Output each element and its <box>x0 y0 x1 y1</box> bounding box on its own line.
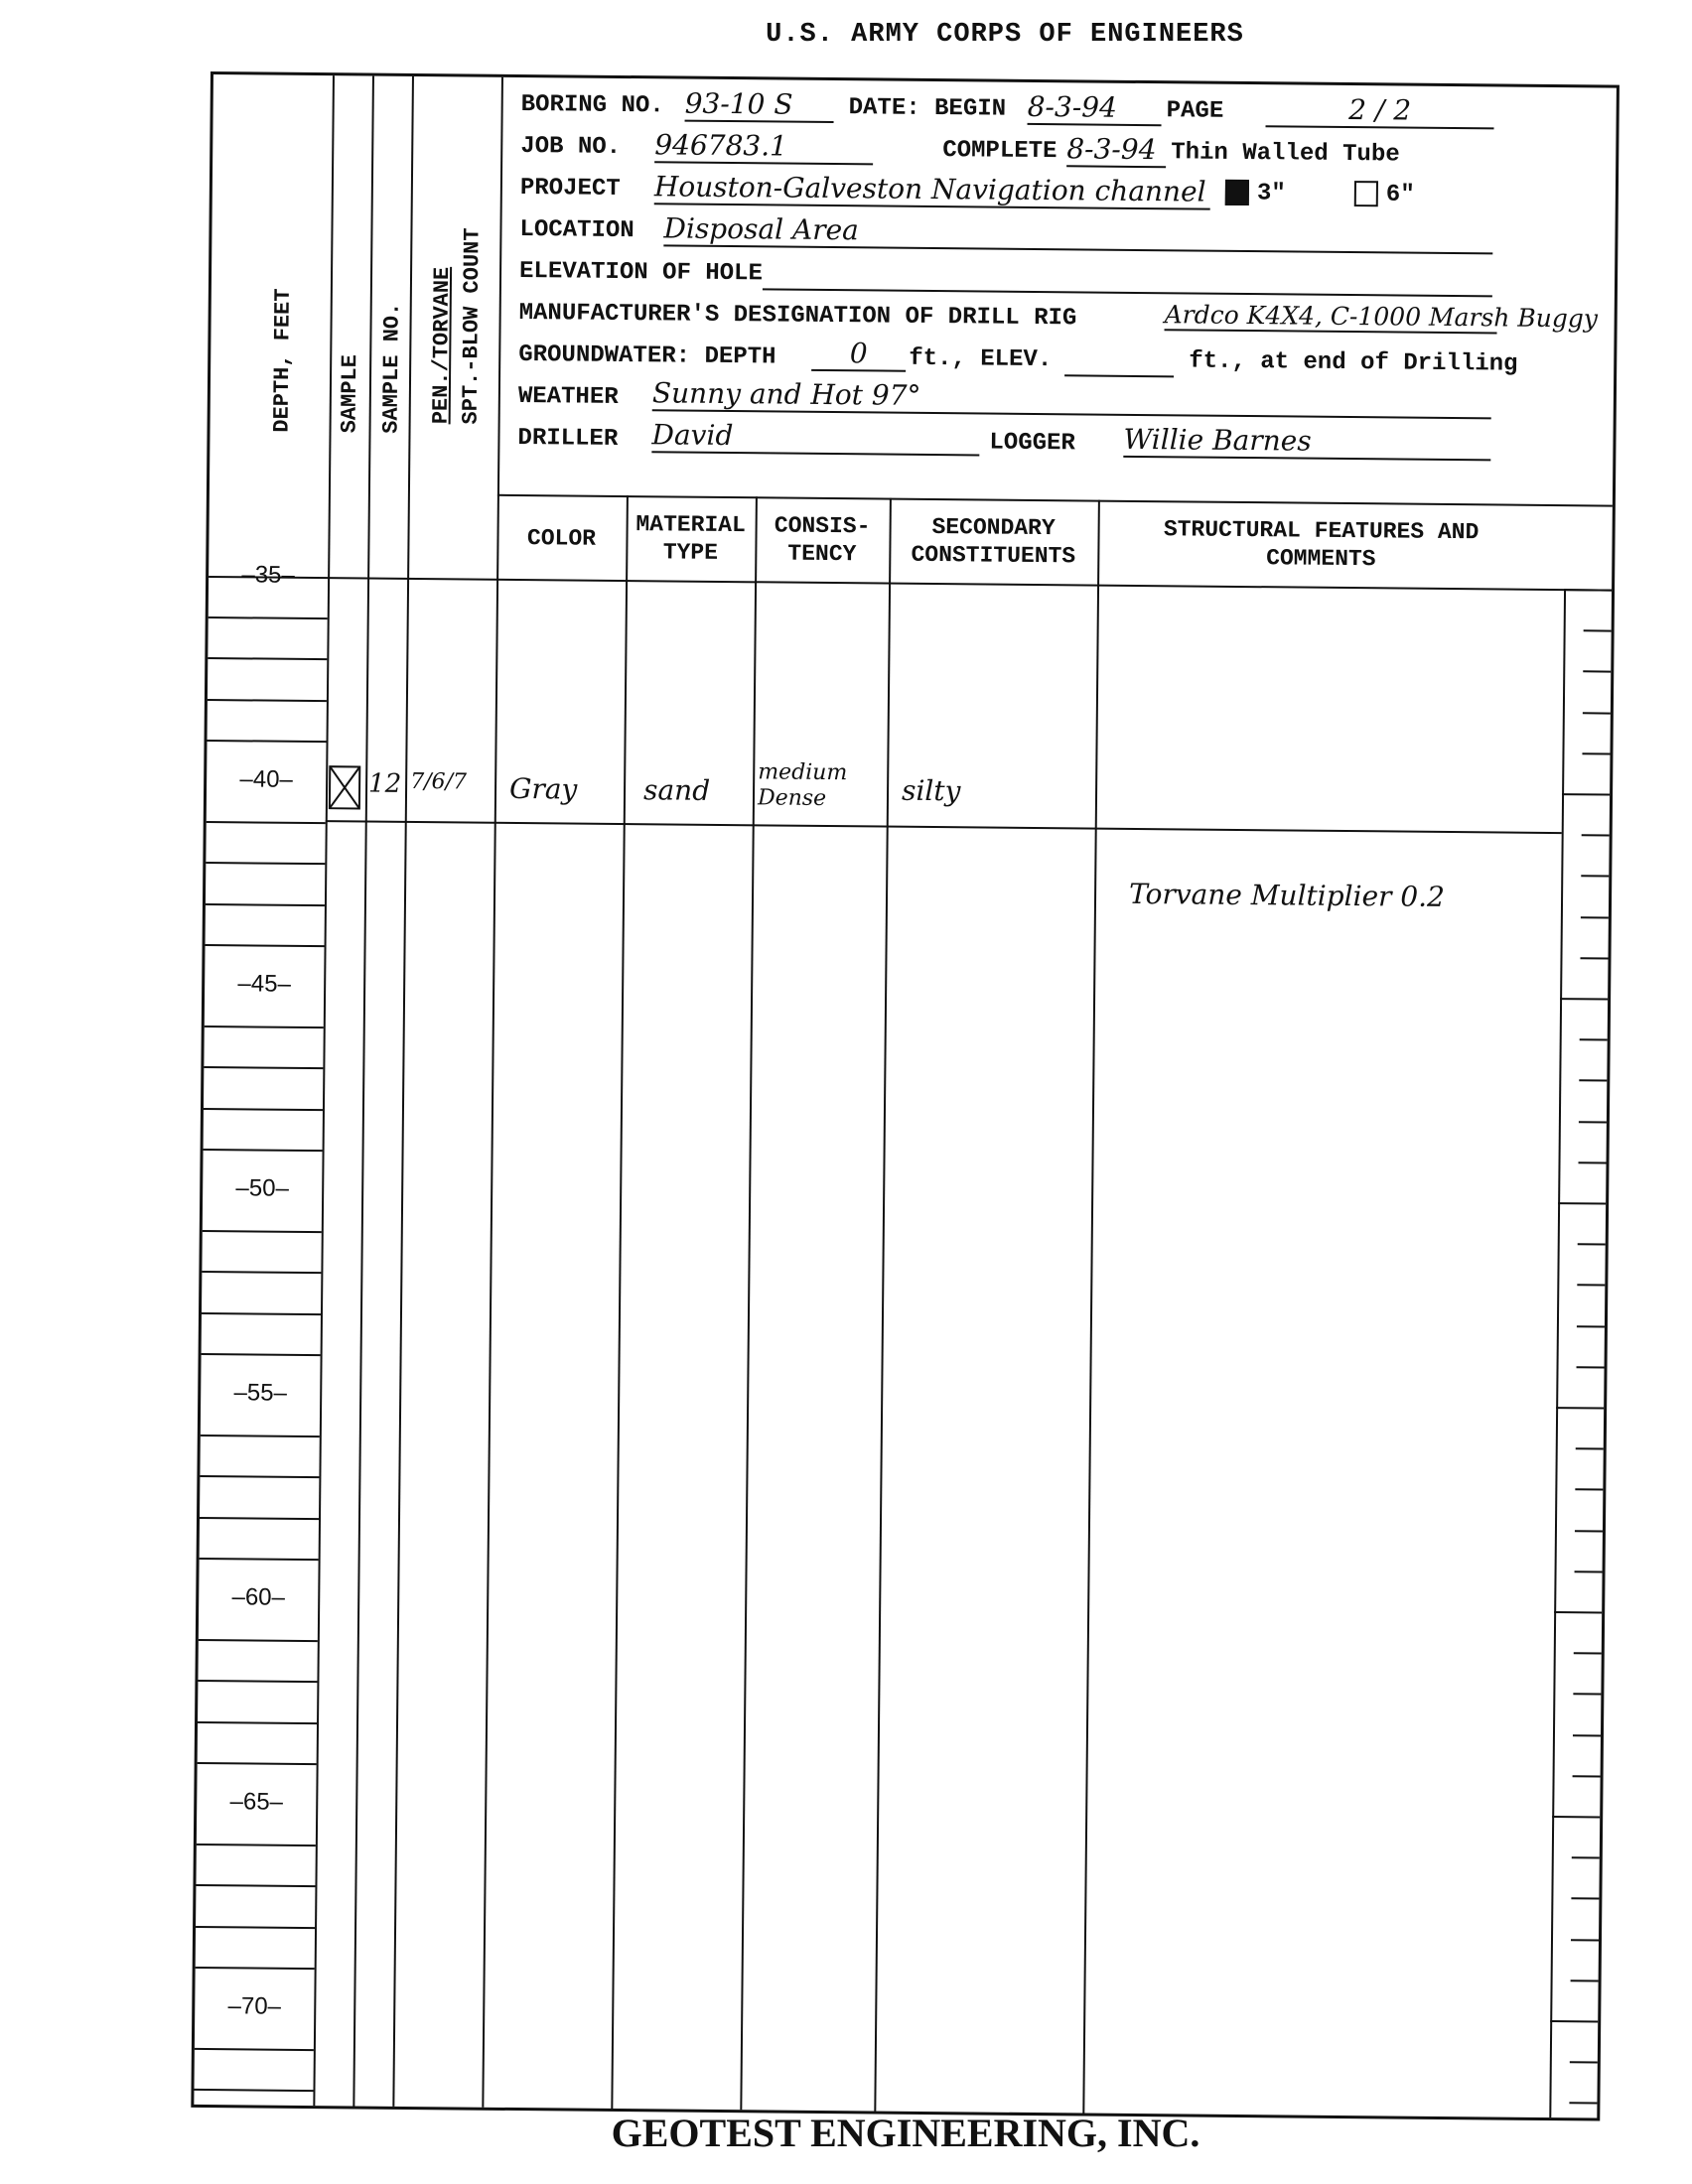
depth-row-line <box>204 1149 323 1152</box>
depth-tick: –55– <box>201 1379 320 1408</box>
right-tick <box>1573 1775 1601 1777</box>
depth-row-line <box>200 1475 319 1478</box>
secondary-value: silty <box>902 774 961 808</box>
depth-tick: –50– <box>203 1174 322 1203</box>
right-tick <box>1560 998 1608 1000</box>
depth-tick: –45– <box>205 970 324 999</box>
right-tick <box>1574 1652 1602 1654</box>
boring-log-form: DEPTH, FEET SAMPLE SAMPLE NO. PEN./TORVA… <box>191 71 1620 2121</box>
depth-row-line <box>206 903 325 906</box>
depth-scale: –35––40––45––50––55––60––65––70– <box>213 74 1617 88</box>
depth-row-line <box>209 616 328 619</box>
depth-row-line <box>208 699 327 702</box>
depth-tick: –60– <box>199 1583 318 1612</box>
elev-label: ft., ELEV. <box>909 345 1052 373</box>
right-tick <box>1550 2020 1598 2022</box>
depth-row-line <box>201 1434 320 1437</box>
right-tick <box>1571 1898 1599 1900</box>
depth-label: –55– <box>233 1379 287 1407</box>
right-tick <box>1582 834 1610 836</box>
date-begin-value[interactable]: 8-3-94 <box>1028 90 1162 126</box>
right-tick <box>1580 1038 1608 1040</box>
divider <box>874 498 892 2112</box>
boring-no-value[interactable]: 93-10 S <box>685 87 834 123</box>
material-value: sand <box>643 773 710 807</box>
right-tick <box>1578 1243 1606 1245</box>
right-tick <box>1575 1530 1603 1532</box>
divider <box>1082 500 1100 2114</box>
sample-no-value: 12 <box>368 769 401 799</box>
depth-row-line <box>203 1230 322 1233</box>
right-tick <box>1577 1325 1605 1327</box>
right-tick <box>1579 1121 1607 1123</box>
right-tick <box>1583 671 1611 673</box>
right-tick <box>1570 2061 1598 2063</box>
depth-row-line <box>200 1517 319 1520</box>
depth-label: –45– <box>237 970 291 998</box>
right-tick <box>1575 1489 1603 1491</box>
depth-row-line <box>206 862 325 865</box>
weather-label: WEATHER <box>518 383 619 411</box>
col-depth-label: DEPTH, FEET <box>270 288 296 432</box>
col-material-header: MATERIAL TYPE <box>626 510 756 567</box>
right-tick <box>1584 629 1612 631</box>
divider <box>1549 589 1566 2117</box>
col-secondary-header: SECONDARY CONSTITUENTS <box>889 513 1098 571</box>
location-label: LOCATION <box>519 216 634 244</box>
weather-value[interactable]: Sunny and Hot 97° <box>652 376 1491 419</box>
depth-label: –50– <box>235 1174 289 1202</box>
depth-label: –65– <box>229 1788 283 1816</box>
depth-row-line <box>194 2089 313 2092</box>
right-tick <box>1581 916 1609 918</box>
col-color-header: COLOR <box>496 524 626 553</box>
col-consistency-header: CONSIS- TENCY <box>755 511 890 568</box>
depth-row-line <box>196 1926 315 1929</box>
depth-tick: –35– <box>209 561 328 590</box>
right-tick <box>1579 1161 1607 1163</box>
tube-6in-label: 6" <box>1386 182 1415 208</box>
right-tick <box>1575 1570 1603 1572</box>
depth-row-line <box>202 1271 321 1274</box>
depth-row-line <box>204 1066 323 1069</box>
divider <box>209 576 1612 592</box>
driller-label: DRILLER <box>517 425 618 453</box>
company-footer: GEOTEST ENGINEERING, INC. <box>0 2110 1692 2156</box>
depth-row-line <box>198 1762 317 1765</box>
depth-row-line <box>199 1639 318 1642</box>
groundwater-elev-field[interactable] <box>1064 346 1174 377</box>
page-label: PAGE <box>1167 97 1224 125</box>
page-value[interactable]: 2 / 2 <box>1266 92 1494 129</box>
right-tick <box>1576 1447 1604 1449</box>
depth-row-line <box>208 657 327 660</box>
location-value[interactable]: Disposal Area <box>663 211 1492 254</box>
depth-row-line <box>204 1108 323 1111</box>
end-drilling-label: ft., at end of Drilling <box>1189 347 1518 377</box>
date-begin-label: DATE: BEGIN <box>849 94 1007 123</box>
job-no-label: JOB NO. <box>520 133 621 161</box>
col-structural-header: STRUCTURAL FEATURES AND COMMENTS <box>1142 515 1500 574</box>
project-value[interactable]: Houston-Galveston Navigation channel <box>654 170 1210 209</box>
right-tick <box>1580 957 1608 959</box>
col-pen-torvane-label: PEN./TORVANE <box>429 267 456 425</box>
depth-label: –60– <box>231 1583 285 1611</box>
depth-row-line <box>200 1558 319 1561</box>
right-tick <box>1562 793 1610 795</box>
depth-tick: –40– <box>207 765 326 794</box>
complete-label: COMPLETE <box>942 137 1057 165</box>
depth-label: –35– <box>241 561 295 589</box>
depth-tick: –65– <box>197 1788 316 1817</box>
depth-row-line <box>197 1843 316 1846</box>
right-tick <box>1556 1407 1604 1409</box>
col-sample-label: SAMPLE <box>338 354 363 433</box>
right-tick <box>1581 876 1609 878</box>
job-no-value[interactable]: 946783.1 <box>654 128 873 165</box>
right-tick <box>1577 1366 1605 1368</box>
project-label: PROJECT <box>520 175 621 203</box>
right-tick-scale <box>213 74 1617 88</box>
checkbox-checked-icon <box>1225 180 1249 205</box>
right-tick <box>1583 712 1611 714</box>
pen-torvane-value: 7/6/7 <box>410 769 467 795</box>
depth-row-line <box>198 1721 317 1724</box>
drill-rig-value[interactable]: Ardco K4X4, C-1000 Marsh Buggy <box>1165 300 1497 334</box>
consistency-value: medium Dense <box>758 759 887 812</box>
groundwater-label: GROUNDWATER: DEPTH <box>518 341 775 370</box>
depth-row-line <box>207 821 326 824</box>
tube-3in-option[interactable]: 3" <box>1225 180 1286 207</box>
right-tick <box>1573 1694 1601 1696</box>
tube-type-label: Thin Walled Tube <box>1171 139 1400 168</box>
tube-6in-option[interactable]: 6" <box>1354 181 1415 208</box>
logger-value[interactable]: Willie Barnes <box>1123 423 1490 462</box>
right-tick <box>1554 1611 1602 1613</box>
depth-row-line <box>198 1680 317 1683</box>
right-tick <box>1558 1202 1606 1204</box>
color-value: Gray <box>509 772 578 806</box>
depth-tick: –70– <box>195 1992 314 2021</box>
elevation-label: ELEVATION OF HOLE <box>519 258 763 287</box>
divider <box>740 496 758 2110</box>
depth-label: –40– <box>239 765 293 793</box>
right-tick <box>1582 752 1610 754</box>
right-tick <box>1571 1939 1599 1941</box>
complete-value[interactable]: 8-3-94 <box>1066 132 1166 168</box>
logger-label: LOGGER <box>989 430 1075 458</box>
depth-row-line <box>196 1884 315 1887</box>
col-spt-label: SPT.-BLOW COUNT <box>459 227 486 424</box>
right-tick <box>1573 1734 1601 1736</box>
strata-boundary-line <box>326 820 1562 834</box>
sample-marker-icon <box>326 762 365 812</box>
divider <box>611 495 629 2109</box>
depth-row-line <box>208 740 327 743</box>
document-title: U.S. ARMY CORPS OF ENGINEERS <box>0 20 1692 50</box>
comment-torvane-multiplier: Torvane Multiplier 0.2 <box>1129 878 1445 913</box>
right-tick <box>1572 1856 1600 1858</box>
elevation-field[interactable] <box>763 260 1492 297</box>
drill-rig-label: MANUFACTURER'S DESIGNATION OF DRILL RIG <box>519 300 1077 332</box>
tube-3in-label: 3" <box>1257 180 1286 206</box>
driller-value[interactable]: David <box>651 418 979 456</box>
depth-row-line <box>196 1967 315 1970</box>
depth-row-line <box>202 1353 321 1356</box>
right-tick <box>1579 1080 1607 1082</box>
right-tick <box>1552 1816 1600 1818</box>
divider <box>313 75 335 2106</box>
col-sample-no-label: SAMPLE NO. <box>379 303 405 434</box>
right-tick <box>1569 2103 1597 2105</box>
depth-row-line <box>206 944 325 947</box>
groundwater-depth-value[interactable]: 0 <box>811 337 906 372</box>
depth-row-line <box>202 1312 321 1315</box>
depth-label: –70– <box>227 1992 281 2020</box>
divider <box>482 77 503 2108</box>
right-tick <box>1571 1979 1599 1981</box>
boring-no-label: BORING NO. <box>521 91 664 119</box>
checkbox-unchecked-icon <box>1354 181 1378 206</box>
right-tick <box>1564 589 1612 591</box>
depth-row-line <box>205 1025 324 1028</box>
right-tick <box>1577 1285 1605 1287</box>
divider <box>497 494 1613 507</box>
depth-row-line <box>195 2048 314 2051</box>
